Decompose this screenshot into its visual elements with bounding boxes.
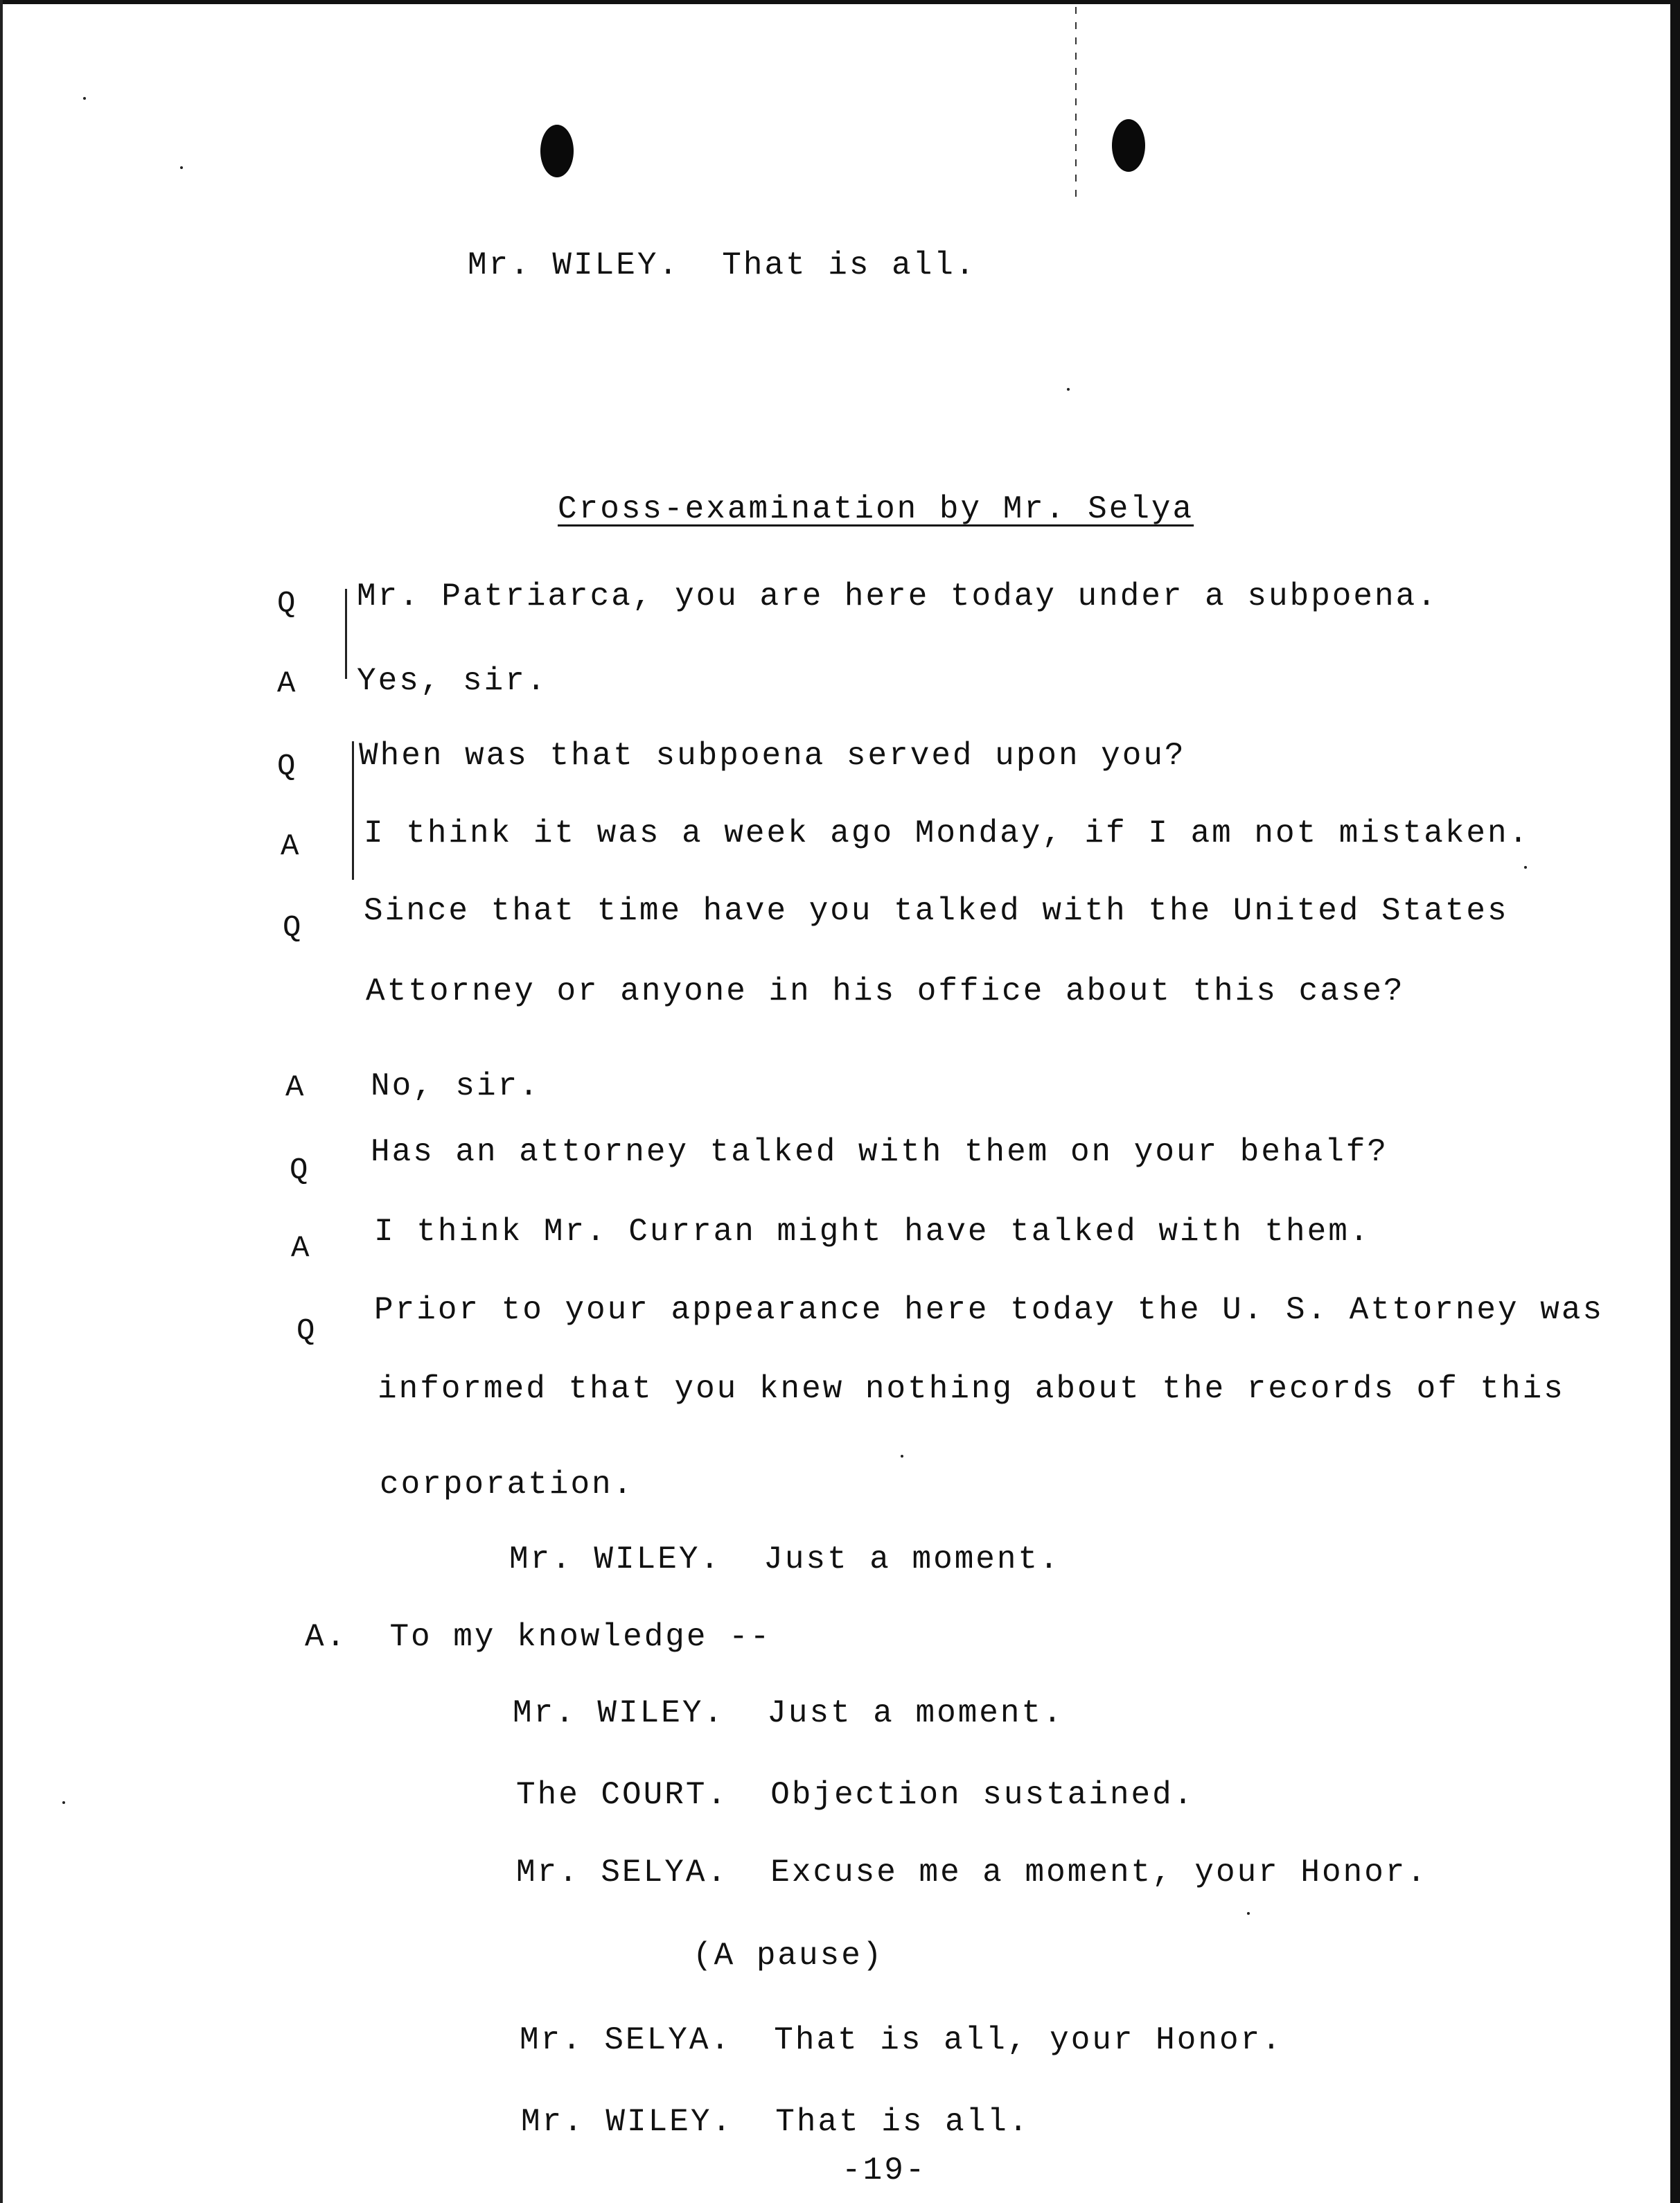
a-label: A	[291, 1233, 309, 1264]
fold-line	[1075, 7, 1077, 201]
colloquy-line: Mr. WILEY. Just a moment.	[513, 1697, 1064, 1729]
speaker-name: Mr. WILEY.	[513, 1695, 725, 1731]
speaker-name: Mr. WILEY.	[468, 247, 680, 283]
question-text: Since that time have you talked with the…	[364, 895, 1509, 927]
scan-border-right	[1670, 0, 1680, 2203]
q-label: Q	[290, 1156, 308, 1186]
margin-mark	[345, 589, 347, 679]
speech-text: Just a moment.	[763, 1541, 1060, 1577]
answer-line: A. To my knowledge --	[305, 1621, 771, 1653]
scan-speck	[83, 97, 86, 100]
a-label: A	[277, 669, 295, 699]
scan-speck	[62, 1801, 65, 1804]
opening-line: Mr. WILEY. That is all.	[468, 249, 977, 281]
speaker-name: Mr. WILEY.	[509, 1541, 721, 1577]
answer-text: Yes, sir.	[357, 665, 547, 697]
answer-text: No, sir.	[371, 1070, 540, 1102]
punch-hole-right	[1112, 119, 1145, 172]
question-text-continued: Attorney or anyone in his office about t…	[366, 975, 1405, 1007]
scan-speck	[180, 166, 183, 169]
speaker-name: Mr. SELYA.	[516, 1855, 728, 1891]
scan-speck	[1247, 1912, 1250, 1915]
scan-border-left	[0, 0, 3, 2203]
question-text-continued: corporation.	[380, 1469, 634, 1501]
transcript-page: Mr. WILEY. That is all. Cross-examinatio…	[0, 0, 1680, 2203]
q-label: Q	[277, 589, 295, 619]
speech-text: That is all, your Honor.	[774, 2022, 1283, 2058]
speaker-name: The COURT.	[516, 1777, 728, 1813]
speech-text: That is all.	[775, 2104, 1029, 2140]
pause-note: (A pause)	[693, 1940, 883, 1972]
speech-text: That is all.	[722, 247, 976, 283]
a-label: A	[281, 831, 299, 862]
answer-text: To my knowledge --	[389, 1619, 771, 1655]
a-label: A.	[305, 1619, 347, 1655]
scan-speck	[901, 1455, 903, 1458]
colloquy-line: Mr. WILEY. Just a moment.	[509, 1543, 1061, 1575]
question-text: Mr. Patriarca, you are here today under …	[357, 581, 1438, 612]
question-text: Has an attorney talked with them on your…	[371, 1136, 1388, 1168]
punch-hole-left	[540, 125, 574, 177]
speaker-name: Mr. SELYA.	[520, 2022, 732, 2058]
answer-text: I think it was a week ago Monday, if I a…	[364, 817, 1530, 849]
q-label: Q	[277, 752, 295, 782]
colloquy-line: The COURT. Objection sustained.	[516, 1779, 1194, 1811]
speaker-name: Mr. WILEY.	[521, 2104, 733, 2140]
a-label: A	[285, 1072, 303, 1103]
page-number: -19-	[842, 2155, 926, 2186]
colloquy-line: Mr. SELYA. Excuse me a moment, your Hono…	[516, 1857, 1428, 1888]
margin-mark	[352, 741, 354, 880]
question-text: Prior to your appearance here today the …	[374, 1294, 1604, 1326]
question-text: When was that subpoena served upon you?	[359, 740, 1186, 772]
answer-text: I think Mr. Curran might have talked wit…	[374, 1216, 1370, 1248]
section-heading: Cross-examination by Mr. Selya	[558, 493, 1194, 525]
closing-line: Mr. SELYA. That is all, your Honor.	[520, 2024, 1283, 2056]
scan-speck	[1524, 866, 1527, 869]
closing-line: Mr. WILEY. That is all.	[521, 2106, 1030, 2138]
speech-text: Excuse me a moment, your Honor.	[770, 1855, 1428, 1891]
q-label: Q	[283, 913, 301, 944]
question-text-continued: informed that you knew nothing about the…	[378, 1373, 1565, 1405]
scan-speck	[1067, 388, 1070, 391]
speech-text: Objection sustained.	[770, 1777, 1194, 1813]
speech-text: Just a moment.	[767, 1695, 1063, 1731]
q-label: Q	[297, 1316, 315, 1347]
scan-border-top	[0, 0, 1680, 4]
